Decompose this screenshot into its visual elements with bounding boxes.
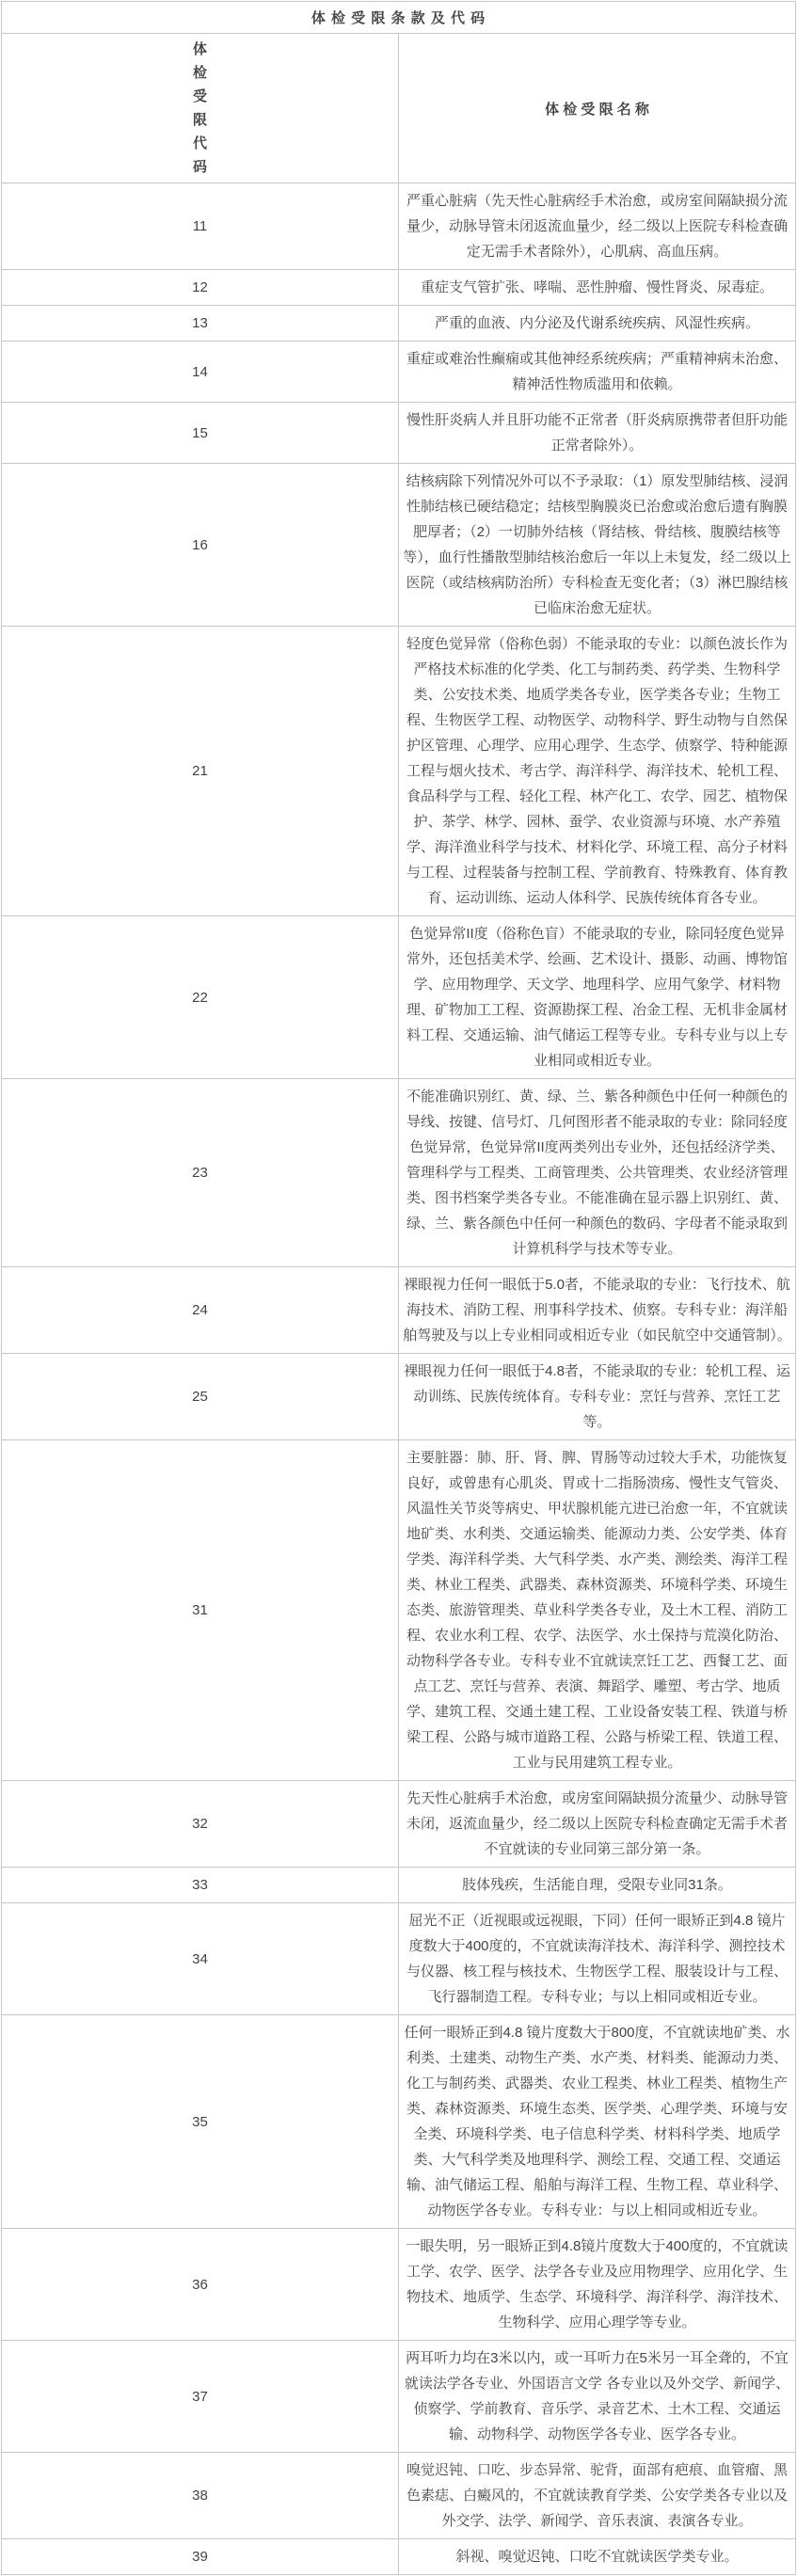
row-code: 23 — [2, 1079, 399, 1267]
row-text: 重症支气管扩张、哮喘、恶性肿瘤、慢性肾炎、尿毒症。 — [399, 270, 796, 306]
table-row: 23 不能准确识别红、黄、绿、兰、紫各种颜色中任何一种颜色的导线、按键、信号灯、… — [2, 1079, 796, 1267]
row-code: 12 — [2, 270, 399, 306]
table-row: 38 嗅觉迟钝、口吃、步态异常、驼背，面部有疤痕、血管瘤、黑色素痣、白癜风的，不… — [2, 2453, 796, 2539]
code-header-char: 检 — [193, 61, 207, 85]
table-row: 24 裸眼视力任何一眼低于5.0者，不能录取的专业：飞行技术、航海技术、消防工程… — [2, 1267, 796, 1354]
row-text: 结核病除下列情况外可以不予录取：（1）原发型肺结核、浸润性肺结核已硬结稳定；结核… — [399, 464, 796, 627]
code-header-char: 受 — [193, 85, 207, 108]
table-row: 16 结核病除下列情况外可以不予录取：（1）原发型肺结核、浸润性肺结核已硬结稳定… — [2, 464, 796, 627]
row-code: 25 — [2, 1354, 399, 1440]
row-text: 严重心脏病（先天性心脏病经手术治愈，或房室间隔缺损分流量少，动脉导管未闭返流血量… — [399, 183, 796, 270]
row-code: 14 — [2, 342, 399, 403]
row-code: 35 — [2, 2015, 399, 2229]
row-code: 21 — [2, 627, 399, 916]
table-row: 35 任何一眼矫正到4.8 镜片度数大于800度，不宜就读地矿类、水利类、土建类… — [2, 2015, 796, 2229]
table-row: 33 肢体残疾，生活能自理，受限专业同31条。 — [2, 1868, 796, 1903]
row-code: 37 — [2, 2341, 399, 2453]
row-text: 一眼失明，另一眼矫正到4.8镜片度数大于400度的，不宜就读工学、农学、医学、法… — [399, 2229, 796, 2341]
row-text: 先天性心脏病手术治愈，或房室间隔缺损分流量少、动脉导管未闭，返流血量少，经二级以… — [399, 1781, 796, 1868]
table-row: 31 主要脏器：肺、肝、肾、脾、胃肠等动过较大手术，功能恢复良好，或曾患有心肌炎… — [2, 1440, 796, 1781]
row-text: 任何一眼矫正到4.8 镜片度数大于800度，不宜就读地矿类、水利类、土建类、动物… — [399, 2015, 796, 2229]
table-row: 22 色觉异常II度（俗称色盲）不能录取的专业，除同轻度色觉异常外，还包括美术学… — [2, 916, 796, 1079]
row-text: 裸眼视力任何一眼低于4.8者，不能录取的专业：轮机工程、运动训练、民族传统体育。… — [399, 1354, 796, 1440]
table-row: 25 裸眼视力任何一眼低于4.8者，不能录取的专业：轮机工程、运动训练、民族传统… — [2, 1354, 796, 1440]
code-column-header-vertical-text: 体 检 受 限 代 码 — [2, 38, 398, 179]
row-code: 15 — [2, 403, 399, 464]
header-row: 体 检 受 限 代 码 体 检 受 限 名 称 — [2, 34, 796, 183]
row-text: 斜视、嗅觉迟钝、口吃不宜就读医学类专业。 — [399, 2539, 796, 2575]
table-row: 21 轻度色觉异常（俗称色弱）不能录取的专业：以颜色波长作为严格技术标准的化学类… — [2, 627, 796, 916]
table-row: 34 屈光不正（近视眼或远视眼，下同）任何一眼矫正到4.8 镜片度数大于400度… — [2, 1903, 796, 2015]
row-code: 38 — [2, 2453, 399, 2539]
row-text: 主要脏器：肺、肝、肾、脾、胃肠等动过较大手术，功能恢复良好，或曾患有心肌炎、胃或… — [399, 1440, 796, 1781]
table-row: 14 重症或难治性癫痫或其他神经系统疾病；严重精神病未治愈、精神活性物质滥用和依… — [2, 342, 796, 403]
row-code: 32 — [2, 1781, 399, 1868]
table-row: 13 严重的血液、内分泌及代谢系统疾病、风湿性疾病。 — [2, 306, 796, 342]
row-text: 两耳听力均在3米以内，或一耳听力在5米另一耳全聋的，不宜就读法学各专业、外国语言… — [399, 2341, 796, 2453]
title-row: 体 检 受 限 条 款 及 代 码 — [2, 2, 796, 34]
row-text: 裸眼视力任何一眼低于5.0者，不能录取的专业：飞行技术、航海技术、消防工程、刑事… — [399, 1267, 796, 1354]
row-text: 不能准确识别红、黄、绿、兰、紫各种颜色中任何一种颜色的导线、按键、信号灯、几何图… — [399, 1079, 796, 1267]
code-header-char: 代 — [193, 132, 207, 155]
row-code: 16 — [2, 464, 399, 627]
restriction-table: 体 检 受 限 条 款 及 代 码 体 检 受 限 代 码 体 检 受 限 名 … — [1, 1, 796, 2575]
row-code: 22 — [2, 916, 399, 1079]
row-text: 嗅觉迟钝、口吃、步态异常、驼背，面部有疤痕、血管瘤、黑色素痣、白癜风的，不宜就读… — [399, 2453, 796, 2539]
row-code: 34 — [2, 1903, 399, 2015]
row-text: 重症或难治性癫痫或其他神经系统疾病；严重精神病未治愈、精神活性物质滥用和依赖。 — [399, 342, 796, 403]
row-code: 13 — [2, 306, 399, 342]
row-code: 31 — [2, 1440, 399, 1781]
row-text: 轻度色觉异常（俗称色弱）不能录取的专业：以颜色波长作为严格技术标准的化学类、化工… — [399, 627, 796, 916]
code-header-char: 限 — [193, 108, 207, 132]
table-row: 32 先天性心脏病手术治愈，或房室间隔缺损分流量少、动脉导管未闭，返流血量少，经… — [2, 1781, 796, 1868]
row-text: 慢性肝炎病人并且肝功能不正常者（肝炎病原携带者但肝功能正常者除外）。 — [399, 403, 796, 464]
table-row: 39 斜视、嗅觉迟钝、口吃不宜就读医学类专业。 — [2, 2539, 796, 2575]
table-row: 15 慢性肝炎病人并且肝功能不正常者（肝炎病原携带者但肝功能正常者除外）。 — [2, 403, 796, 464]
table-row: 36 一眼失明，另一眼矫正到4.8镜片度数大于400度的，不宜就读工学、农学、医… — [2, 2229, 796, 2341]
row-code: 24 — [2, 1267, 399, 1354]
table-row: 11 严重心脏病（先天性心脏病经手术治愈，或房室间隔缺损分流量少，动脉导管未闭返… — [2, 183, 796, 270]
row-text: 肢体残疾，生活能自理，受限专业同31条。 — [399, 1868, 796, 1903]
row-code: 33 — [2, 1868, 399, 1903]
table-row: 12 重症支气管扩张、哮喘、恶性肿瘤、慢性肾炎、尿毒症。 — [2, 270, 796, 306]
code-header-char: 体 — [193, 38, 207, 61]
code-column-header: 体 检 受 限 代 码 — [2, 34, 399, 183]
code-header-char: 码 — [193, 155, 207, 179]
row-code: 36 — [2, 2229, 399, 2341]
table-row: 37 两耳听力均在3米以内，或一耳听力在5米另一耳全聋的，不宜就读法学各专业、外… — [2, 2341, 796, 2453]
row-text: 严重的血液、内分泌及代谢系统疾病、风湿性疾病。 — [399, 306, 796, 342]
row-text: 屈光不正（近视眼或远视眼，下同）任何一眼矫正到4.8 镜片度数大于400度的，不… — [399, 1903, 796, 2015]
row-code: 39 — [2, 2539, 399, 2575]
name-column-header: 体 检 受 限 名 称 — [399, 34, 796, 183]
row-text: 色觉异常II度（俗称色盲）不能录取的专业，除同轻度色觉异常外，还包括美术学、绘画… — [399, 916, 796, 1079]
page: 体 检 受 限 条 款 及 代 码 体 检 受 限 代 码 体 检 受 限 名 … — [0, 0, 797, 2576]
table-title: 体 检 受 限 条 款 及 代 码 — [2, 2, 796, 34]
row-code: 11 — [2, 183, 399, 270]
